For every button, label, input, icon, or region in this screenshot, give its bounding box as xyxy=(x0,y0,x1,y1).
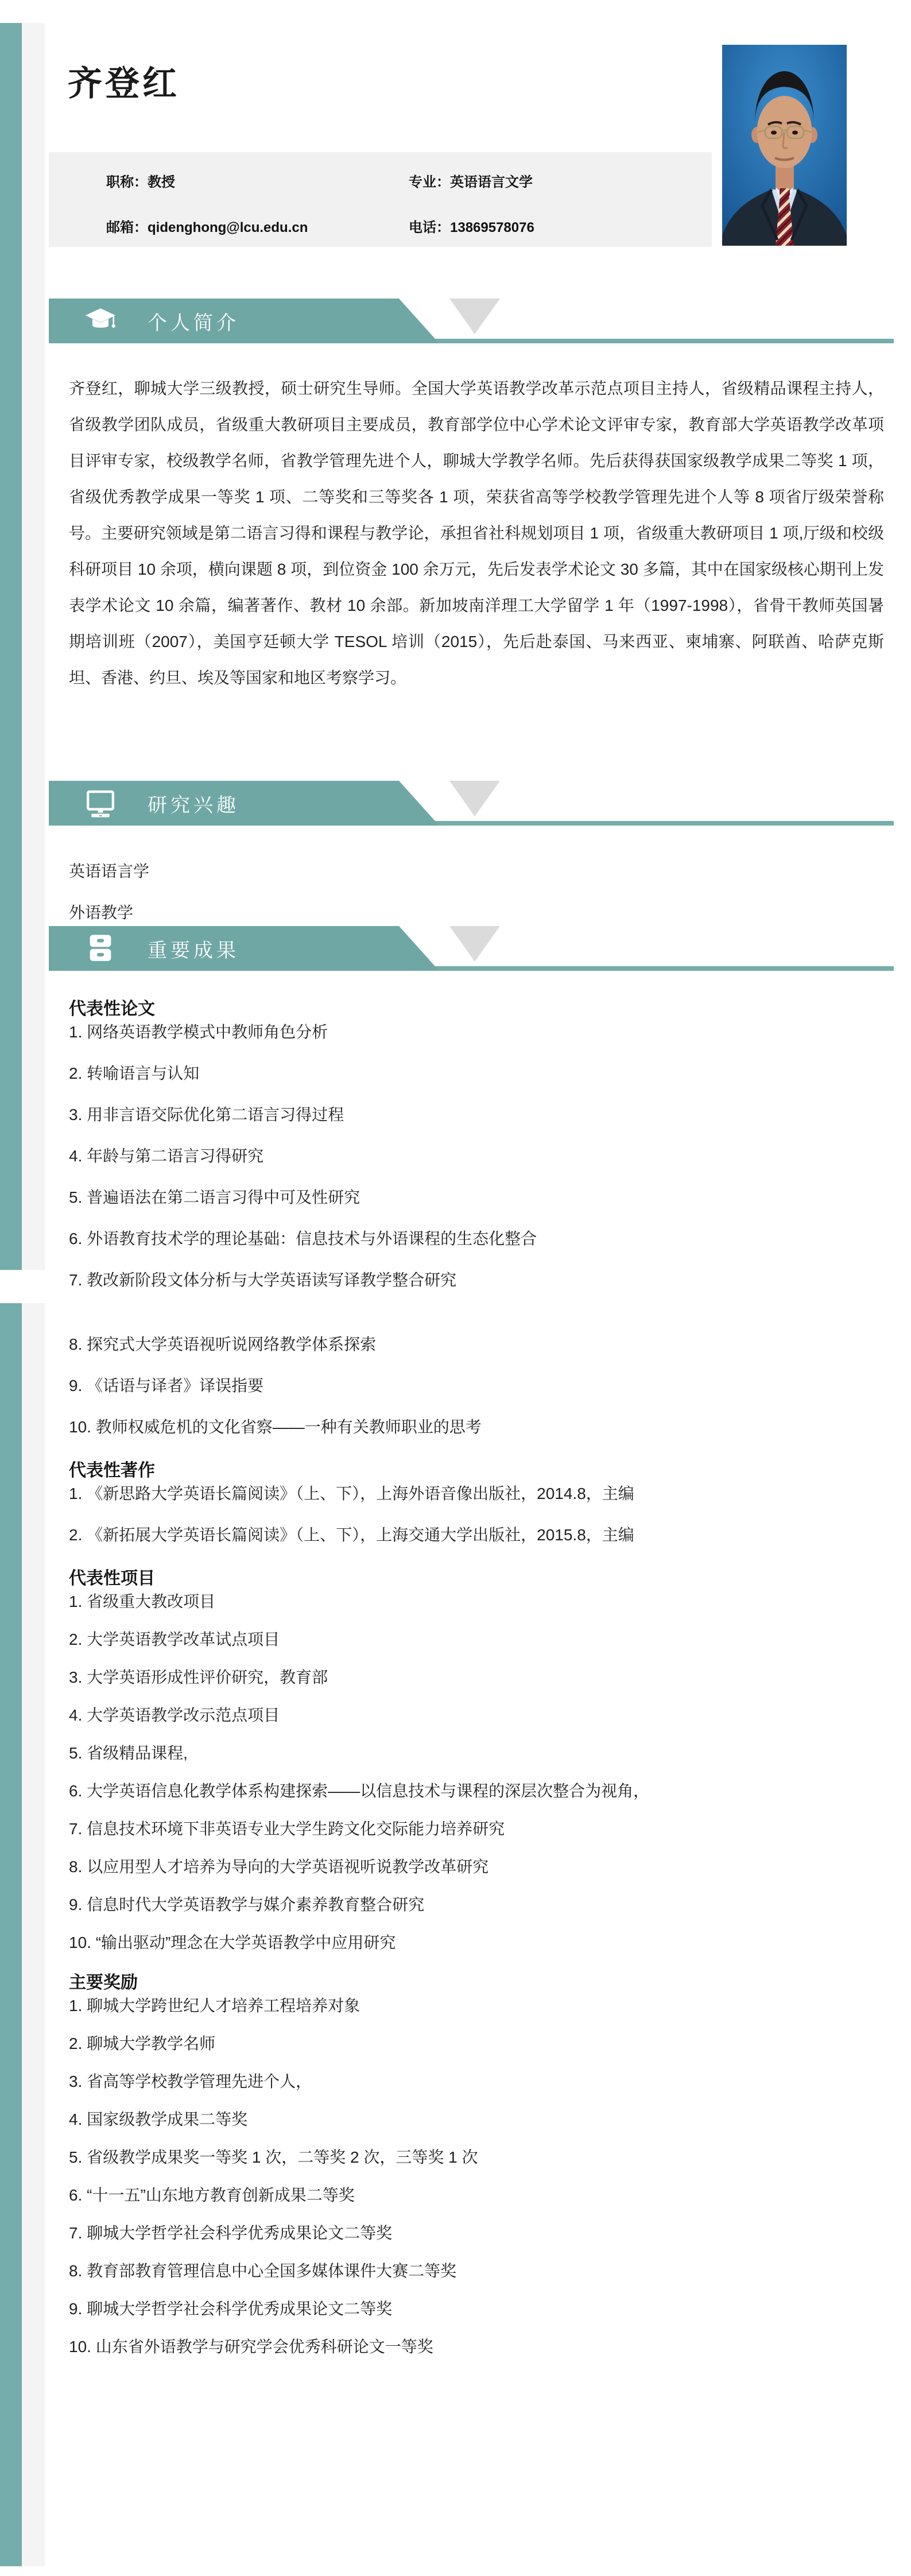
achievements-body: 代表性论文 1. 网络英语教学模式中教师角色分析2. 转喻语言与认知3. 用非言… xyxy=(69,987,890,2374)
list-item: 7. 教改新阶段文体分析与大学英语读写译教学整合研究 xyxy=(69,1270,890,1291)
list-item: 9. 《话语与译者》译误指要 xyxy=(69,1376,890,1396)
group-heading-papers: 代表性论文 xyxy=(69,997,890,1022)
section-header-achievements: 重要成果 xyxy=(49,926,894,971)
profile-photo xyxy=(722,45,847,246)
list-item: 7. 信息技术环境下非英语专业大学生跨文化交际能力培养研究 xyxy=(69,1819,890,1839)
list-item: 8. 教育部教育管理信息中心全国多媒体课件大赛二等奖 xyxy=(69,2261,890,2281)
list-item: 8. 探究式大学英语视听说网络教学体系探索 xyxy=(69,1334,890,1355)
list-item: 6. 外语教育技术学的理论基础：信息技术与外语课程的生态化整合 xyxy=(69,1229,890,1249)
list-item: 2. 大学英语教学改革试点项目 xyxy=(69,1629,890,1650)
intro-paragraph: 齐登红，聊城大学三级教授，硕士研究生导师。全国大学英语教学改革示范点项目主持人，… xyxy=(69,370,884,696)
section-arrow-decoration xyxy=(449,926,500,962)
graduation-cap-icon xyxy=(84,305,117,337)
list-item: 3. 省高等学校教学管理先进个人， xyxy=(69,2071,890,2092)
projects-list: 1. 省级重大教改项目2. 大学英语教学改革试点项目3. 大学英语形成性评价研究… xyxy=(69,1591,890,1953)
list-item: 2. 转喻语言与认知 xyxy=(69,1063,890,1084)
group-heading-awards: 主要奖励 xyxy=(69,1970,890,1996)
section-title: 研究兴趣 xyxy=(148,789,239,818)
list-item: 7. 聊城大学哲学社会科学优秀成果论文二等奖 xyxy=(69,2223,890,2244)
list-item: 2. 聊城大学教学名师 xyxy=(69,2033,890,2054)
section-underline xyxy=(416,339,894,343)
left-gutter xyxy=(22,1303,45,2566)
section-title: 个人简介 xyxy=(148,307,239,335)
group-heading-projects: 代表性项目 xyxy=(69,1566,890,1591)
major-value: 英语语言文学 xyxy=(450,175,533,190)
list-item: 4. 大学英语教学改示范点项目 xyxy=(69,1705,890,1726)
list-item: 9. 信息时代大学英语教学与媒介素养教育整合研究 xyxy=(69,1895,890,1915)
email-field: 邮箱：qidenghong@lcu.edu.cn xyxy=(106,216,409,236)
list-item: 3. 大学英语形成性评价研究，教育部 xyxy=(69,1667,890,1688)
email-value: qidenghong@lcu.edu.cn xyxy=(148,220,308,235)
phone-field: 电话：13869578076 xyxy=(409,216,712,236)
list-item: 1. 网络英语教学模式中教师角色分析 xyxy=(69,1022,890,1043)
books-list: 1. 《新思路大学英语长篇阅读》（上、下），上海外语音像出版社，2014.8，主… xyxy=(69,1483,890,1545)
group-heading-books: 代表性著作 xyxy=(69,1458,890,1483)
list-item: 10. 山东省外语教学与研究学会优秀科研论文一等奖 xyxy=(69,2337,890,2357)
list-item: 1. 省级重大教改项目 xyxy=(69,1591,890,1612)
list-item: 10. “输出驱动”理念在大学英语教学中应用研究 xyxy=(69,1932,890,1953)
major-field: 专业：英语语言文学 xyxy=(409,171,712,191)
list-item: 3. 用非言语交际优化第二语言习得过程 xyxy=(69,1105,890,1125)
phone-value: 13869578076 xyxy=(450,220,534,235)
title-label: 职称： xyxy=(106,175,148,190)
list-item: 2. 《新拓展大学英语长篇阅读》（上、下），上海交通大学出版社，2015.8，主… xyxy=(69,1525,890,1545)
list-item: 10. 教师权威危机的文化省察——一种有关教师职业的思考 xyxy=(69,1417,890,1438)
section-underline xyxy=(416,966,894,971)
list-item: 6. “十一五”山东地方教育创新成果二等奖 xyxy=(69,2185,890,2206)
monitor-icon xyxy=(84,787,117,819)
section-header-interests: 研究兴趣 xyxy=(49,781,894,826)
section-arrow-decoration xyxy=(449,781,500,816)
papers-list: 1. 网络英语教学模式中教师角色分析2. 转喻语言与认知3. 用非言语交际优化第… xyxy=(69,1022,890,1438)
list-item: 4. 国家级教学成果二等奖 xyxy=(69,2109,890,2130)
list-item: 英语语言学 xyxy=(69,861,149,882)
list-item: 外语教学 xyxy=(69,902,149,923)
list-item: 5. 普遍语法在第二语言习得中可及性研究 xyxy=(69,1187,890,1208)
title-field: 职称：教授 xyxy=(106,171,409,191)
section-arrow-decoration xyxy=(449,299,500,334)
list-item: 5. 省级教学成果奖一等奖 1 次，二等奖 2 次，三等奖 1 次 xyxy=(69,2147,890,2168)
list-item: 5. 省级精品课程, xyxy=(69,1743,890,1764)
left-accent-bar xyxy=(0,1303,22,2566)
section-tab: 重要成果 xyxy=(49,926,439,971)
list-item: 4. 年龄与第二语言习得研究 xyxy=(69,1146,890,1167)
list-item: 1. 聊城大学跨世纪人才培养工程培养对象 xyxy=(69,1996,890,2016)
section-header-intro: 个人简介 xyxy=(49,299,894,343)
section-tab: 个人简介 xyxy=(49,299,439,343)
faculty-profile-page: 齐登红 职称：教授 专业：英语语言文学 邮箱：qidenghong@lcu.ed… xyxy=(0,0,911,2576)
left-gutter xyxy=(22,23,45,1270)
list-item: 1. 《新思路大学英语长篇阅读》（上、下），上海外语音像出版社，2014.8，主… xyxy=(69,1483,890,1504)
left-accent-bar xyxy=(0,23,22,1270)
section-tab: 研究兴趣 xyxy=(49,781,439,826)
list-item: 9. 聊城大学哲学社会科学优秀成果论文二等奖 xyxy=(69,2299,890,2319)
awards-list: 1. 聊城大学跨世纪人才培养工程培养对象2. 聊城大学教学名师3. 省高等学校教… xyxy=(69,1996,890,2357)
title-value: 教授 xyxy=(148,175,175,190)
section-underline xyxy=(416,821,894,826)
phone-label: 电话： xyxy=(409,220,450,235)
contact-info-band: 职称：教授 专业：英语语言文学 邮箱：qidenghong@lcu.edu.cn… xyxy=(49,152,712,247)
major-label: 专业： xyxy=(409,175,450,190)
page-title: 齐登红 xyxy=(68,56,180,106)
section-title: 重要成果 xyxy=(148,935,239,963)
list-item: 6. 大学英语信息化教学体系构建探索——以信息技术与课程的深层次整合为视角， xyxy=(69,1781,890,1802)
list-item: 8. 以应用型人才培养为导向的大学英语视听说教学改革研究 xyxy=(69,1857,890,1877)
archive-icon xyxy=(84,932,117,964)
email-label: 邮箱： xyxy=(106,220,148,235)
